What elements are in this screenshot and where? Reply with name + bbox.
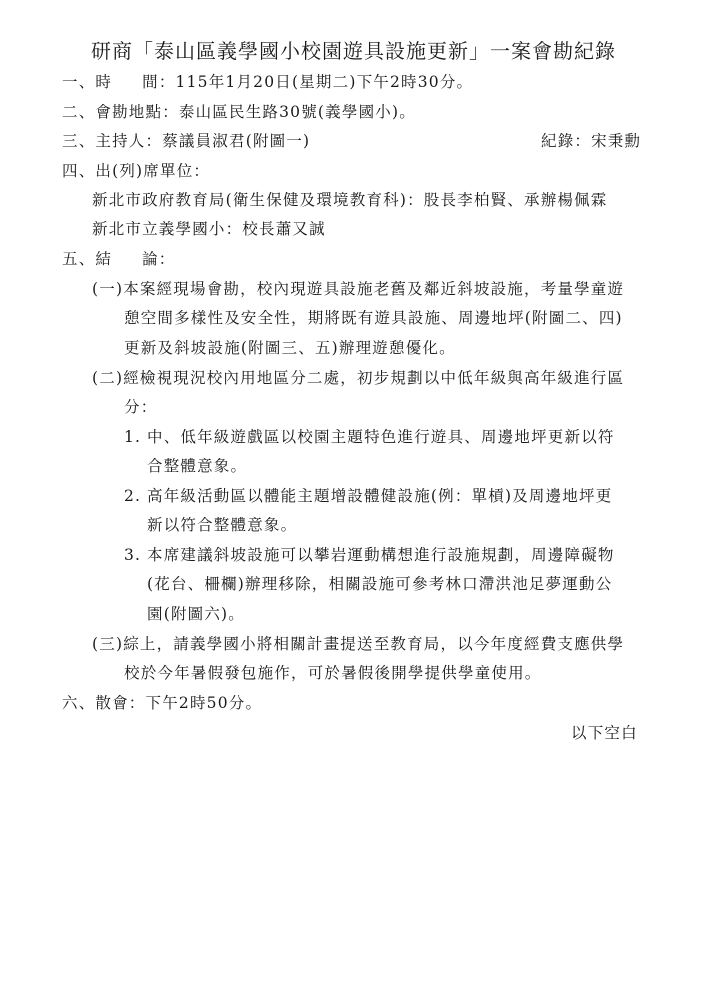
item-host: 三、主持人：蔡議員淑君(附圖一) [62,130,310,152]
item-number: 一、 [62,73,95,91]
document-page: 研商「泰山區義學國小校園遊具設施更新」一案會勘紀錄 一、時間：115年1月20日… [0,0,707,1000]
conclusion-point-3-cont: 校於今年暑假發包施作，可於暑假後開學提供學童使用。 [124,662,542,684]
location-text: 會勘地點：泰山區民生路30號(義學國小)。 [95,103,416,121]
item-conclusion: 五、結論： [62,248,176,270]
subitem-number: 3. [124,544,141,566]
time-label-b: 間 [142,73,159,91]
subitem-3-cont: 園(附圖六)。 [147,603,245,625]
subitem-2-cont: 新以符合整體意象。 [147,514,297,536]
attendees-text: 出(列)席單位： [95,162,210,180]
time-label-a: 時 [95,73,112,91]
item-location: 二、會勘地點：泰山區民生路30號(義學國小)。 [62,101,416,123]
conclusion-point-1-cont: 更新及斜坡設施(附圖三、五)辦理遊憩優化。 [124,337,456,359]
item-number: 二、 [62,103,95,121]
document-title: 研商「泰山區義學國小校園遊具設施更新」一案會勘紀錄 [0,38,707,64]
conclusion-label-a: 結 [95,250,112,268]
conclusion-point-2: (二)經檢視現況校內用地區分二處，初步規劃以中低年級與高年級進行區 [92,367,624,389]
subitem-3-cont: (花台、柵欄)辦理移除，相關設施可參考林口滯洪池足夢運動公 [147,573,612,595]
attendee-line: 新北市立義學國小：校長蕭又誠 [92,218,326,240]
end-note: 以下空白 [571,722,638,744]
item-time: 一、時間：115年1月20日(星期二)下午2時30分。 [62,71,473,93]
conclusion-point-1-cont: 憩空間多樣性及安全性，期將既有遊具設施、周邊地坪(附圖二、四) [124,307,623,329]
time-value: ：115年1月20日(星期二)下午2時30分。 [159,73,473,91]
item-number: 五、 [62,250,95,268]
subitem-2: 高年級活動區以體能主題增設體健設施(例：單槓)及周邊地坪更 [147,485,612,507]
conclusion-point-2-cont: 分： [124,396,157,418]
subitem-1-cont: 合整體意象。 [147,455,247,477]
recorder: 紀錄：宋秉勳 [541,130,641,152]
item-number: 六、 [62,694,95,712]
item-attendees: 四、出(列)席單位： [62,160,210,182]
subitem-3: 本席建議斜坡設施可以攀岩運動構想進行設施規劃，周邊障礙物 [147,544,615,566]
item-number: 三、 [62,132,95,150]
attendee-line: 新北市政府教育局(衛生保健及環境教育科)：股長李柏賢、承辦楊佩霖 [92,189,608,211]
item-adjourn: 六、散會：下午2時50分。 [62,692,262,714]
conclusion-point-3: (三)綜上，請義學國小將相關計畫提送至教育局，以今年度經費支應供學 [92,633,624,655]
conclusion-label-b: 論： [142,250,175,268]
subitem-number: 2. [124,485,141,507]
adjourn-text: 散會：下午2時50分。 [95,694,262,712]
subitem-number: 1. [124,426,141,448]
host-text: 主持人：蔡議員淑君(附圖一) [95,132,310,150]
conclusion-point-1: (一)本案經現場會勘，校內現遊具設施老舊及鄰近斜坡設施，考量學童遊 [92,278,624,300]
item-number: 四、 [62,162,95,180]
subitem-1: 中、低年級遊戲區以校園主題特色進行遊具、周邊地坪更新以符 [147,426,615,448]
